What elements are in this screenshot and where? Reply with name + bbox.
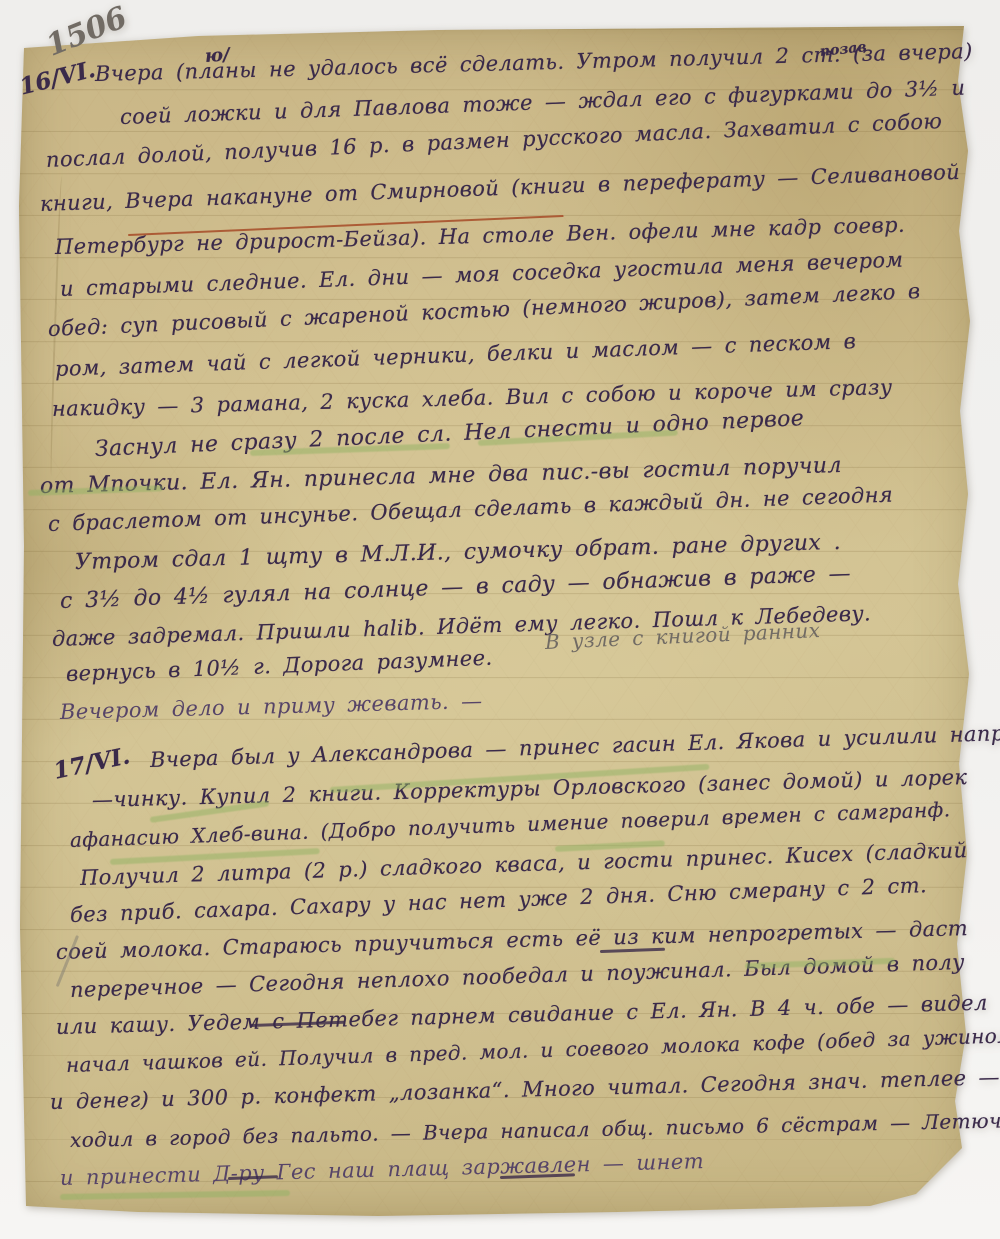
handwriting-line: книги, Вчера накануне от Смирновой (книг… xyxy=(40,160,961,216)
manuscript-scan: Вчера (планы не удалось всё сделать. Утр… xyxy=(0,0,1000,1239)
handwriting-line: Вечером дело и приму жевать. — xyxy=(60,689,483,724)
handwriting-line: Вчера был у Александрова — принес гасин … xyxy=(150,721,1000,772)
handwriting-line: ходил в город без пальто. — Вчера написа… xyxy=(70,1108,1000,1152)
scan-background: { "document": { "kind_label": "Рукописна… xyxy=(0,0,1000,1239)
green-mark xyxy=(60,1190,290,1200)
handwriting-layer: Вчера (планы не удалось всё сделать. Утр… xyxy=(0,0,1000,1239)
margin-note: 17/VI. xyxy=(51,742,132,784)
handwriting-line: вернусь в 10½ г. Дорога разумнее. xyxy=(66,646,493,686)
handwriting-line: и принести Д-ру Гес наш плащ заржавлен —… xyxy=(60,1149,705,1190)
margin-note: 1506 xyxy=(41,0,132,64)
handwriting-line: ром, затем чай с легкой черники, белки и… xyxy=(55,329,857,381)
margin-note: ю/ xyxy=(204,44,230,67)
